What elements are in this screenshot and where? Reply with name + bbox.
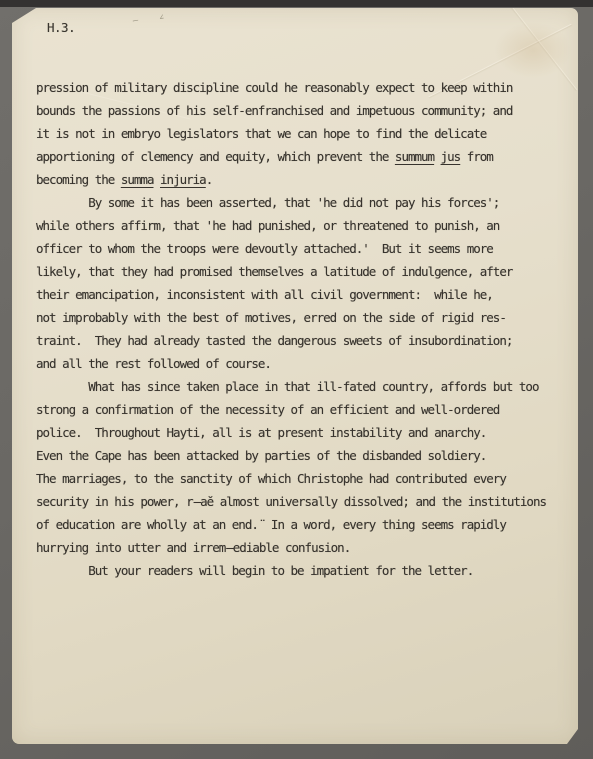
text-line: it is not in embryo legislators that we … (36, 122, 570, 145)
text-segment: and all the rest followed of course. (36, 356, 271, 371)
text-segment: becoming the (36, 172, 121, 187)
text-segment: likely, that they had promised themselve… (36, 264, 512, 279)
text-segment: traint. They had already tasted the dang… (36, 333, 512, 348)
text-segment: Even the Cape has been attacked by parti… (36, 448, 486, 463)
underlined-text-segment: summa (121, 172, 154, 187)
text-segment: The marriages, to the sanctity of which … (36, 471, 506, 486)
text-line: security in his power, r̶aĕ almost unive… (36, 490, 570, 513)
text-line: officer to whom the troops were devoutly… (36, 237, 570, 260)
underlined-text-segment: summum (395, 149, 434, 164)
text-line: bounds the passions of his self-enfranch… (36, 99, 570, 122)
background-shadow-strip (0, 0, 593, 7)
pencil-mark: ∠ (159, 14, 165, 23)
text-line: not improbably with the best of motives,… (36, 306, 570, 329)
text-line: apportioning of clemency and equity, whi… (36, 145, 570, 168)
pencil-mark: – (132, 17, 139, 27)
text-line: police. Throughout Hayti, all is at pres… (36, 421, 570, 444)
text-line: The marriages, to the sanctity of which … (36, 467, 570, 490)
text-segment: it is not in embryo legislators that we … (36, 126, 486, 141)
text-segment: security in his power, r̶aĕ almost unive… (36, 494, 546, 509)
text-segment: officer to whom the troops were devoutly… (36, 241, 493, 256)
text-segment: not improbably with the best of motives,… (36, 310, 506, 325)
text-segment: while others affirm, that 'he had punish… (36, 218, 499, 233)
text-line: their emancipation, inconsistent with al… (36, 283, 570, 306)
text-segment: apportioning of clemency and equity, whi… (36, 149, 395, 164)
text-line: and all the rest followed of course. (36, 352, 570, 375)
text-line: By some it has been asserted, that 'he d… (36, 191, 570, 214)
text-segment: police. Throughout Hayti, all is at pres… (36, 425, 486, 440)
underlined-text-segment: jus (441, 149, 461, 164)
text-segment: strong a confirmation of the necessity o… (36, 402, 499, 417)
text-segment: What has since taken place in that ill-f… (36, 379, 538, 394)
text-segment: . (206, 172, 213, 187)
text-line: But your readers will begin to be impati… (36, 559, 570, 582)
page-number: H.3. (47, 20, 75, 35)
underlined-text-segment: injuria (160, 172, 206, 187)
text-segment: pression of military discipline could he… (36, 80, 512, 95)
text-line: likely, that they had promised themselve… (36, 260, 570, 283)
text-segment: their emancipation, inconsistent with al… (36, 287, 493, 302)
text-segment: bounds the passions of his self-enfranch… (36, 103, 512, 118)
text-line: hurrying into utter and irrem̶ediable co… (36, 536, 570, 559)
text-line: traint. They had already tasted the dang… (36, 329, 570, 352)
text-line: Even the Cape has been attacked by parti… (36, 444, 570, 467)
text-segment: from (460, 149, 493, 164)
text-line: of education are wholly at an end.̈ In a… (36, 513, 570, 536)
paper-stain (494, 22, 572, 78)
typewritten-text: pression of military discipline could he… (36, 76, 570, 582)
text-segment: By some it has been asserted, that 'he d… (36, 195, 499, 210)
text-line: strong a confirmation of the necessity o… (36, 398, 570, 421)
text-segment: hurrying into utter and irrem̶ediable co… (36, 540, 350, 555)
text-line: pression of military discipline could he… (36, 76, 570, 99)
text-line: while others affirm, that 'he had punish… (36, 214, 570, 237)
text-line: What has since taken place in that ill-f… (36, 375, 570, 398)
text-line: becoming the summa injuria. (36, 168, 570, 191)
paper-sheet: H.3. – ∠ pression of military discipline… (12, 8, 578, 744)
text-segment: of education are wholly at an end.̈ In a… (36, 517, 506, 532)
text-segment: But your readers will begin to be impati… (36, 563, 473, 578)
